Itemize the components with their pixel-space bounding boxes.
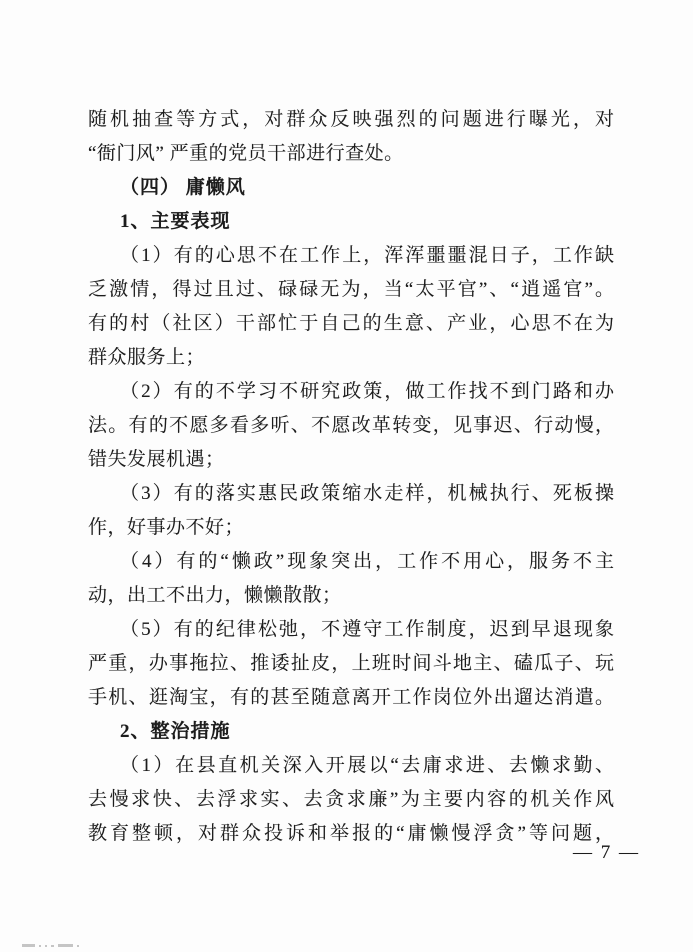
text-line: （1）在县直机关深入开展以“去庸求进、去懒求勤、 — [88, 749, 614, 783]
text-line: 去慢求快、去浮求实、去贪求廉”为主要内容的机关作风 — [88, 783, 614, 817]
heading-rectification-measures: 2、整治措施 — [88, 715, 614, 749]
text-line: 教育整顿，对群众投诉和举报的“庸懒慢浮贪”等问题， — [88, 817, 614, 851]
text-line: （2）有的不学习不研究政策，做工作找不到门路和办 — [88, 375, 614, 409]
text-line: （3）有的落实惠民政策缩水走样，机械执行、死板操 — [88, 477, 614, 511]
document-text-block: 随机抽查等方式，对群众反映强烈的问题进行曝光，对 “衙门风” 严重的党员干部进行… — [88, 103, 614, 851]
heading-section-four-yonglanfeng: （四） 庸懒风 — [88, 171, 614, 205]
text-line: 法。有的不愿多看多听、不愿改革转变，见事迟、行动慢， — [88, 409, 614, 443]
text-line: 群众服务上； — [88, 341, 614, 375]
text-line: 有的村（社区）干部忙于自己的生意、产业，心思不在为 — [88, 307, 614, 341]
text-line: 随机抽查等方式，对群众反映强烈的问题进行曝光，对 — [88, 103, 614, 137]
text-line: 动，出工不出力，懒懒散散； — [88, 579, 614, 613]
scanned-document-page: 随机抽查等方式，对群众反映强烈的问题进行曝光，对 “衙门风” 严重的党员干部进行… — [0, 0, 693, 952]
text-line: 错失发展机遇； — [88, 443, 614, 477]
text-line: （1）有的心思不在工作上，浑浑噩噩混日子，工作缺 — [88, 239, 614, 273]
scan-artifact-marks — [22, 943, 82, 948]
page-number: — 7 — — [573, 840, 640, 866]
text-line: 乏激情，得过且过、碌碌无为，当“太平官”、“逍遥官”。 — [88, 273, 614, 307]
text-line: 严重，办事拖拉、推诿扯皮，上班时间斗地主、磕瓜子、玩 — [88, 647, 614, 681]
text-line: “衙门风” 严重的党员干部进行查处。 — [88, 137, 614, 171]
text-line: 手机、逛淘宝，有的甚至随意离开工作岗位外出遛达消遣。 — [88, 681, 614, 715]
text-line: （4）有的“懒政”现象突出，工作不用心，服务不主 — [88, 545, 614, 579]
text-line: （5）有的纪律松弛，不遵守工作制度，迟到早退现象 — [88, 613, 614, 647]
text-line: 作，好事办不好； — [88, 511, 614, 545]
heading-main-manifestations: 1、主要表现 — [88, 205, 614, 239]
